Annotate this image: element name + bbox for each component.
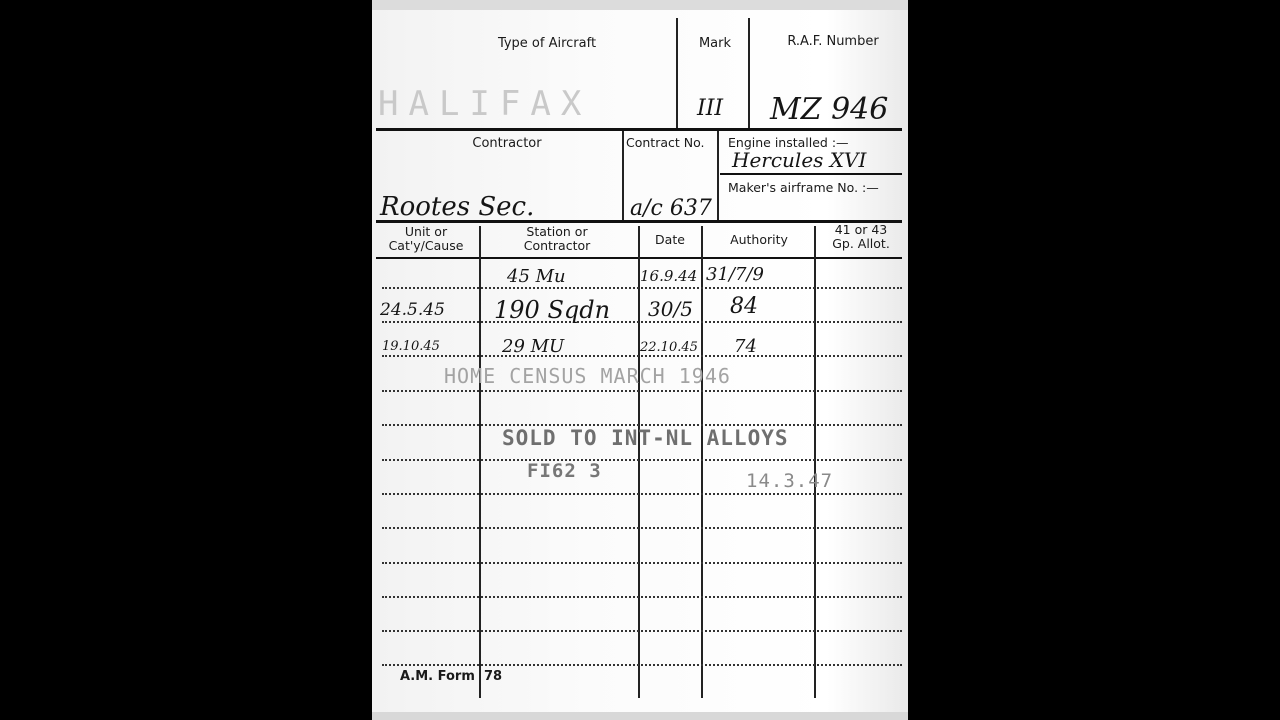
divider [376,128,902,131]
row2-station: 190 Sqdn [494,296,610,324]
column-header-unit: Unit or Cat'y/Cause [376,225,476,253]
row-line [382,493,902,495]
raf-number-label: R.A.F. Number [758,34,908,49]
row-line [382,287,902,289]
row-line [382,459,902,461]
scan-edge-bottom [372,712,908,720]
divider [622,131,624,221]
header-line: Unit or [376,225,476,239]
mark-value: III [697,96,723,121]
header-line: Contractor [482,239,632,253]
row3-station: 29 MU [502,336,564,357]
row3-authority: 74 [734,336,757,357]
row-line [382,562,902,564]
mark-label: Mark [680,36,750,51]
column-line [814,226,816,698]
row3-unit: 19.10.45 [382,339,440,354]
column-header-date: Date [640,232,700,247]
header-line: 41 or 43 [816,223,906,237]
column-header-allot: 41 or 43 Gp. Allot. [816,223,906,251]
reference-stamp: FI62 3 [527,460,602,482]
form-number: 78 [484,669,502,684]
scan-edge-top [372,0,908,10]
row1-station: 45 Mu [507,266,566,287]
row-line [382,596,902,598]
column-line [638,226,640,698]
header-line: Cat'y/Cause [376,239,476,253]
contractor-label: Contractor [412,136,602,151]
row-line [382,664,902,666]
row1-authority: 31/7/9 [706,264,764,285]
makers-airframe-label: Maker's airframe No. :— [728,180,879,195]
contract-no-label: Contract No. [626,135,705,150]
column-header-authority: Authority [704,232,814,247]
column-line [701,226,703,698]
row3-date: 22.10.45 [640,340,698,355]
row-line [382,630,902,632]
header-line: Station or [482,225,632,239]
divider [748,18,750,128]
sold-date-stamp: 14.3.47 [746,470,833,492]
census-stamp: HOME CENSUS MARCH 1946 [444,364,731,388]
contractor-value: Rootes Sec. [380,192,534,222]
aircraft-type-value: HALIFAX [378,84,591,124]
row-line [382,527,902,529]
row1-date: 16.9.44 [640,267,697,285]
raf-number-value: MZ 946 [770,92,888,127]
form-name: A.M. Form [400,669,475,684]
type-of-aircraft-label: Type of Aircraft [452,36,642,51]
aircraft-record-card: Type of Aircraft Mark R.A.F. Number HALI… [372,0,908,720]
sold-stamp: SOLD TO INT-NL ALLOYS [502,426,789,450]
contract-no-value: a/c 637 [630,196,712,221]
row-line [382,355,902,357]
column-header-station: Station or Contractor [482,225,632,253]
engine-installed-value: Hercules XVI [732,148,866,172]
divider [676,18,678,128]
divider [717,131,719,221]
row2-unit: 24.5.45 [380,300,445,320]
row2-authority: 84 [730,294,758,319]
row-line [382,390,902,392]
row2-date: 30/5 [648,297,693,321]
header-line: Gp. Allot. [816,237,906,251]
row-line [382,321,902,323]
column-line [479,226,481,698]
divider [720,173,902,175]
